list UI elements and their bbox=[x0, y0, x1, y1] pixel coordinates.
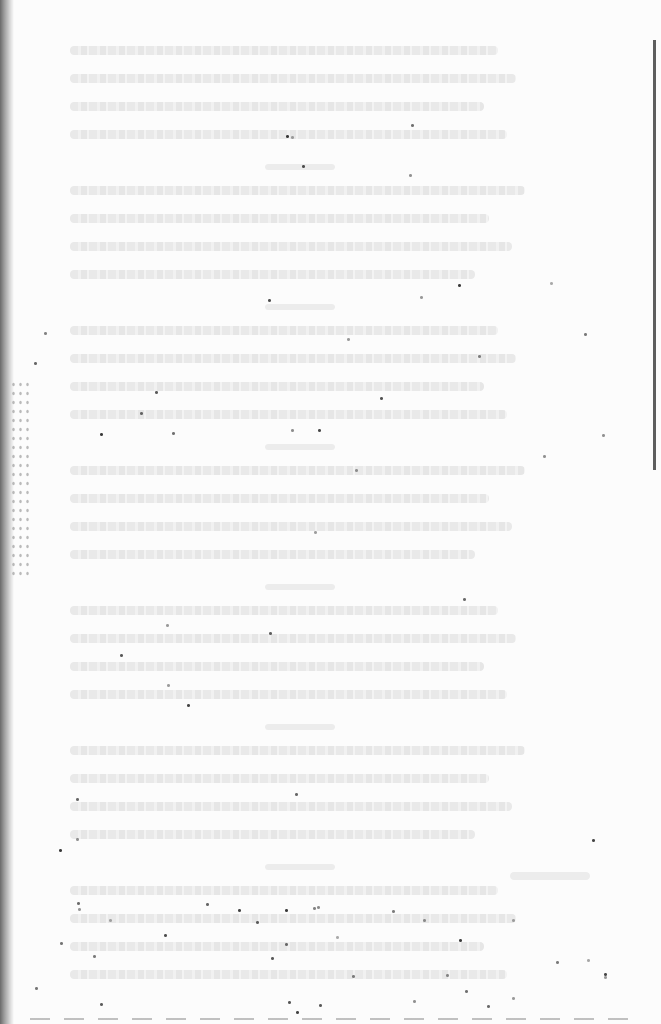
verse-line bbox=[70, 680, 530, 708]
verse-line bbox=[70, 764, 530, 792]
verse-line bbox=[70, 372, 530, 400]
scan-right-edge-line bbox=[653, 40, 656, 470]
verse-line bbox=[70, 232, 530, 260]
stanza-marker bbox=[70, 718, 530, 736]
scanned-page bbox=[0, 0, 661, 1024]
signature-mark bbox=[510, 872, 590, 888]
faded-text bbox=[70, 186, 525, 195]
page-text-body bbox=[70, 36, 530, 998]
stanza bbox=[70, 858, 530, 988]
verse-line bbox=[70, 400, 530, 428]
faded-text bbox=[70, 102, 484, 111]
verse-line bbox=[70, 624, 530, 652]
stanza bbox=[70, 578, 530, 708]
stanza bbox=[70, 438, 530, 568]
signature-text bbox=[510, 872, 590, 880]
scan-speckle-noise bbox=[10, 380, 32, 580]
stanza-marker bbox=[70, 158, 530, 176]
faded-text bbox=[70, 746, 525, 755]
stanza bbox=[70, 298, 530, 428]
verse-line bbox=[70, 652, 530, 680]
faded-text bbox=[70, 382, 484, 391]
faded-text bbox=[70, 914, 516, 923]
faded-text bbox=[70, 354, 516, 363]
verse-line bbox=[70, 456, 530, 484]
verse-line bbox=[70, 736, 530, 764]
stanza-marker bbox=[70, 298, 530, 316]
stanza-marker-text bbox=[265, 164, 335, 170]
verse-line bbox=[70, 876, 530, 904]
stanza-marker bbox=[70, 858, 530, 876]
faded-text bbox=[70, 74, 516, 83]
stanza-marker-text bbox=[265, 724, 335, 730]
faded-text bbox=[70, 410, 507, 419]
verse-line bbox=[70, 260, 530, 288]
stanza-marker-text bbox=[265, 304, 335, 310]
verse-line bbox=[70, 512, 530, 540]
verse-line bbox=[70, 904, 530, 932]
stanza-marker bbox=[70, 578, 530, 596]
faded-text bbox=[70, 690, 507, 699]
faded-text bbox=[70, 830, 475, 839]
faded-text bbox=[70, 242, 512, 251]
verse-line bbox=[70, 204, 530, 232]
stanza-marker-text bbox=[265, 584, 335, 590]
faded-text bbox=[70, 606, 498, 615]
verse-line bbox=[70, 596, 530, 624]
faded-text bbox=[70, 522, 512, 531]
scan-bottom-edge bbox=[30, 1018, 630, 1020]
faded-text bbox=[70, 802, 512, 811]
verse-line bbox=[70, 120, 530, 148]
verse-line bbox=[70, 316, 530, 344]
faded-text bbox=[70, 550, 475, 559]
verse-line bbox=[70, 792, 530, 820]
verse-line bbox=[70, 820, 530, 848]
verse-line bbox=[70, 484, 530, 512]
faded-text bbox=[70, 634, 516, 643]
faded-text bbox=[70, 214, 489, 223]
stanza-marker-text bbox=[265, 444, 335, 450]
faded-text bbox=[70, 942, 484, 951]
verse-line bbox=[70, 344, 530, 372]
faded-text bbox=[70, 46, 498, 55]
faded-text bbox=[70, 774, 489, 783]
verse-line bbox=[70, 960, 530, 988]
faded-text bbox=[70, 466, 525, 475]
verse-line bbox=[70, 92, 530, 120]
stanza bbox=[70, 158, 530, 288]
faded-text bbox=[70, 326, 498, 335]
faded-text bbox=[70, 494, 489, 503]
stanza bbox=[70, 718, 530, 848]
verse-line bbox=[70, 176, 530, 204]
faded-text bbox=[70, 970, 507, 979]
verse-line bbox=[70, 36, 530, 64]
stanza-marker bbox=[70, 438, 530, 456]
faded-text bbox=[70, 270, 475, 279]
verse-line bbox=[70, 64, 530, 92]
verse-line bbox=[70, 540, 530, 568]
verse-line bbox=[70, 932, 530, 960]
stanza bbox=[70, 36, 530, 148]
faded-text bbox=[70, 662, 484, 671]
faded-text bbox=[70, 886, 498, 895]
stanza-marker-text bbox=[265, 864, 335, 870]
